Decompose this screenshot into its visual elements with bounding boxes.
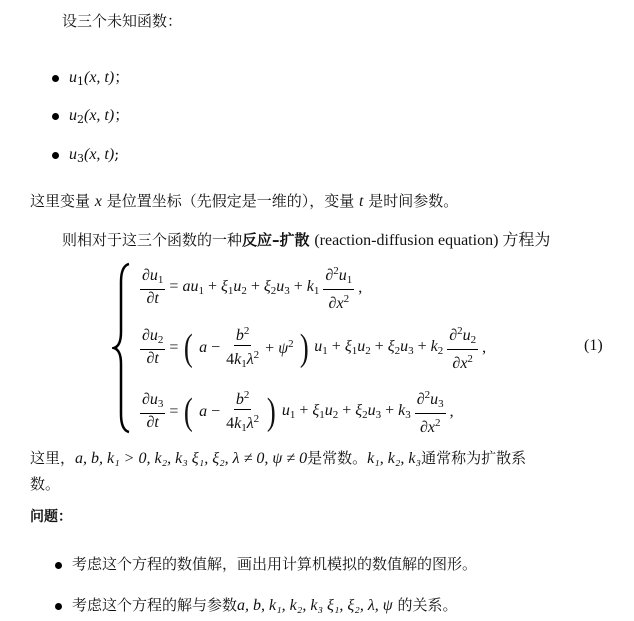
func-args: (x, t) bbox=[84, 107, 114, 124]
text: 考虑这个方程的解与参数 bbox=[72, 596, 237, 614]
func-end: ； bbox=[114, 68, 129, 86]
func-sub: 2 bbox=[77, 113, 84, 126]
func-end: ； bbox=[114, 106, 129, 124]
equation-intro: 则相对于这三个函数的一种反应–扩散 (reaction-diffusion eq… bbox=[62, 227, 550, 250]
question-item-1: 考虑这个方程的数值解，画出用计算机模拟的数值解的图形。 bbox=[55, 553, 477, 574]
text: 是常数。 bbox=[307, 449, 367, 467]
constants-paragraph-cont: 数。 bbox=[30, 473, 60, 494]
math-constants: a, b, k₁ > 0, k₂, k₃ ξ₁, ξ₂, λ ≠ 0, ψ ≠ … bbox=[75, 450, 307, 467]
text: 考虑这个方程的数值解，画出用计算机模拟的数值解的图形。 bbox=[72, 555, 477, 573]
list-item-u2: u2(x, t)； bbox=[52, 104, 129, 126]
equation-number: (1) bbox=[584, 337, 603, 355]
text: 这里， bbox=[30, 449, 75, 467]
text: 通常称为扩散系 bbox=[421, 449, 526, 467]
text: (reaction-diffusion equation) 方程为 bbox=[314, 232, 550, 249]
bullet-icon bbox=[55, 603, 62, 610]
func-end: ; bbox=[114, 145, 119, 163]
constants-paragraph: 这里，a, b, k₁ > 0, k₂, k₃ ξ₁, ξ₂, λ ≠ 0, ψ… bbox=[30, 447, 526, 468]
func-sub: 1 bbox=[77, 75, 84, 88]
term-bold: 反应–扩散 bbox=[242, 231, 310, 249]
func-name: u bbox=[69, 69, 77, 86]
math-t: t bbox=[359, 193, 363, 210]
bullet-icon bbox=[55, 562, 62, 569]
func-args: (x, t) bbox=[84, 146, 114, 163]
question-item-2: 考虑这个方程的解与参数a, b, k₁, k₂, k₃ ξ₁, ξ₂, λ, ψ… bbox=[55, 594, 458, 615]
func-name: u bbox=[69, 146, 77, 163]
variables-paragraph: 这里变量 x 是位置坐标（先假定是一维的），变量 t 是时间参数。 bbox=[30, 190, 458, 211]
func-args: (x, t) bbox=[84, 69, 114, 86]
left-brace-icon bbox=[112, 262, 132, 434]
question-heading: 问题： bbox=[30, 506, 72, 526]
list-item-u1: u1(x, t)； bbox=[52, 66, 129, 88]
math-diffusion: k₁, k₂, k₃ bbox=[367, 450, 421, 467]
text: 则相对于这三个函数的一种 bbox=[62, 231, 242, 249]
text: 是时间参数。 bbox=[368, 192, 458, 210]
math-params: a, b, k₁, k₂, k₃ ξ₁, ξ₂, λ, ψ bbox=[237, 597, 393, 614]
bullet-icon bbox=[52, 152, 59, 159]
text: 这里变量 bbox=[30, 192, 90, 210]
list-item-u3: u3(x, t); bbox=[52, 145, 119, 165]
equation-2: ∂u2∂t =(a − b24k1λ2 + ψ2) u1 + ξ1u2 + ξ2… bbox=[138, 322, 488, 373]
equation-1: ∂u1∂t = au1 + ξ1u2 + ξ2u3 + k1 ∂2u1∂x2, bbox=[138, 262, 364, 313]
func-name: u bbox=[69, 107, 77, 124]
intro-text: 设三个未知函数： bbox=[62, 10, 182, 31]
equation-3: ∂u3∂t =(a − b24k1λ2 ) u1 + ξ1u2 + ξ2u3 +… bbox=[138, 386, 456, 437]
bullet-icon bbox=[52, 75, 59, 82]
text: 的关系。 bbox=[397, 596, 457, 614]
math-x: x bbox=[95, 193, 102, 210]
func-sub: 3 bbox=[77, 152, 84, 165]
bullet-icon bbox=[52, 113, 59, 120]
text: 是位置坐标（先假定是一维的），变量 bbox=[107, 192, 355, 210]
